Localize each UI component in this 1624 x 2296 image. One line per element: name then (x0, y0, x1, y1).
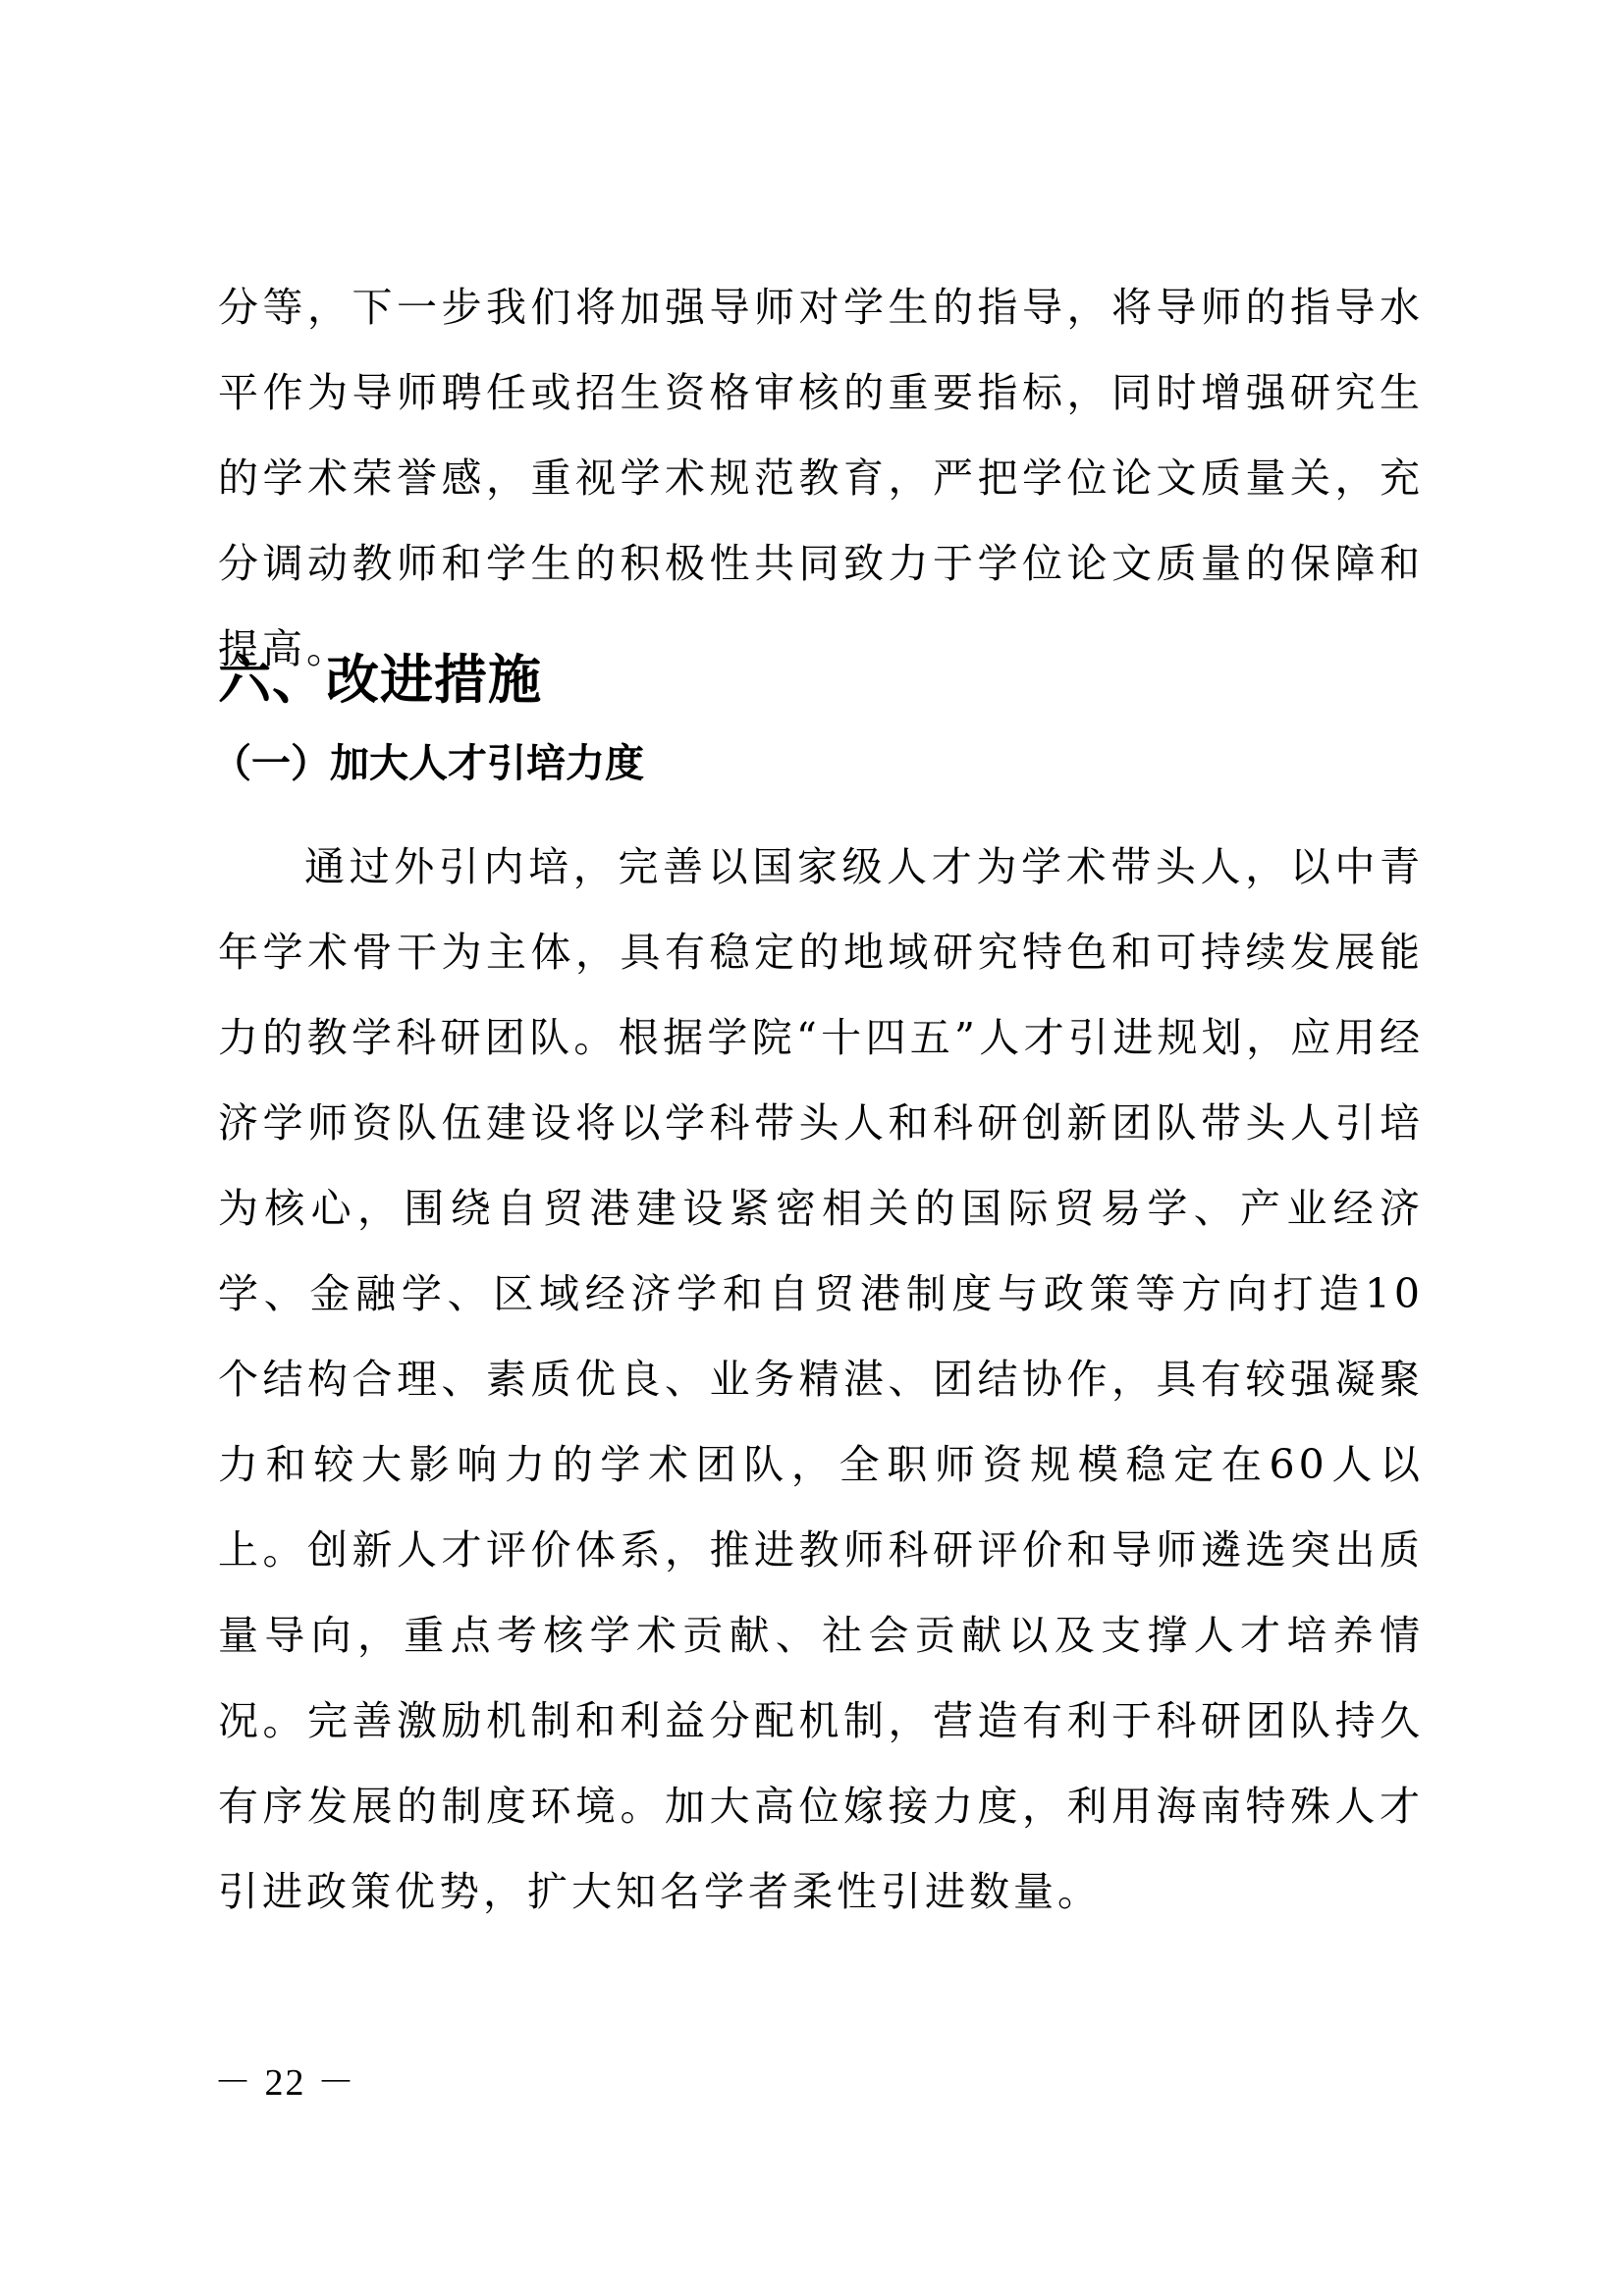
section-heading: 六、改进措施 (218, 646, 1424, 715)
section-heading-block: 六、改进措施 (218, 646, 1424, 715)
subsection-heading-block: （一）加大人才引培力度 (218, 734, 1424, 793)
subsection-heading: （一）加大人才引培力度 (212, 734, 1424, 793)
continuation-text-block: 分等，下一步我们将加强导师对学生的指导，将导师的指导水平作为导师聘任或招生资格审… (218, 265, 1424, 692)
subsection-text-block: 通过外引内培，完善以国家级人才为学术带头人，以中青年学术骨干为主体，具有稳定的地… (218, 825, 1424, 1935)
subsection-paragraph: 通过外引内培，完善以国家级人才为学术带头人，以中青年学术骨干为主体，具有稳定的地… (218, 825, 1424, 1935)
continuation-paragraph: 分等，下一步我们将加强导师对学生的指导，将导师的指导水平作为导师聘任或招生资格审… (218, 265, 1424, 692)
page-number: － 22 － (214, 2052, 356, 2106)
